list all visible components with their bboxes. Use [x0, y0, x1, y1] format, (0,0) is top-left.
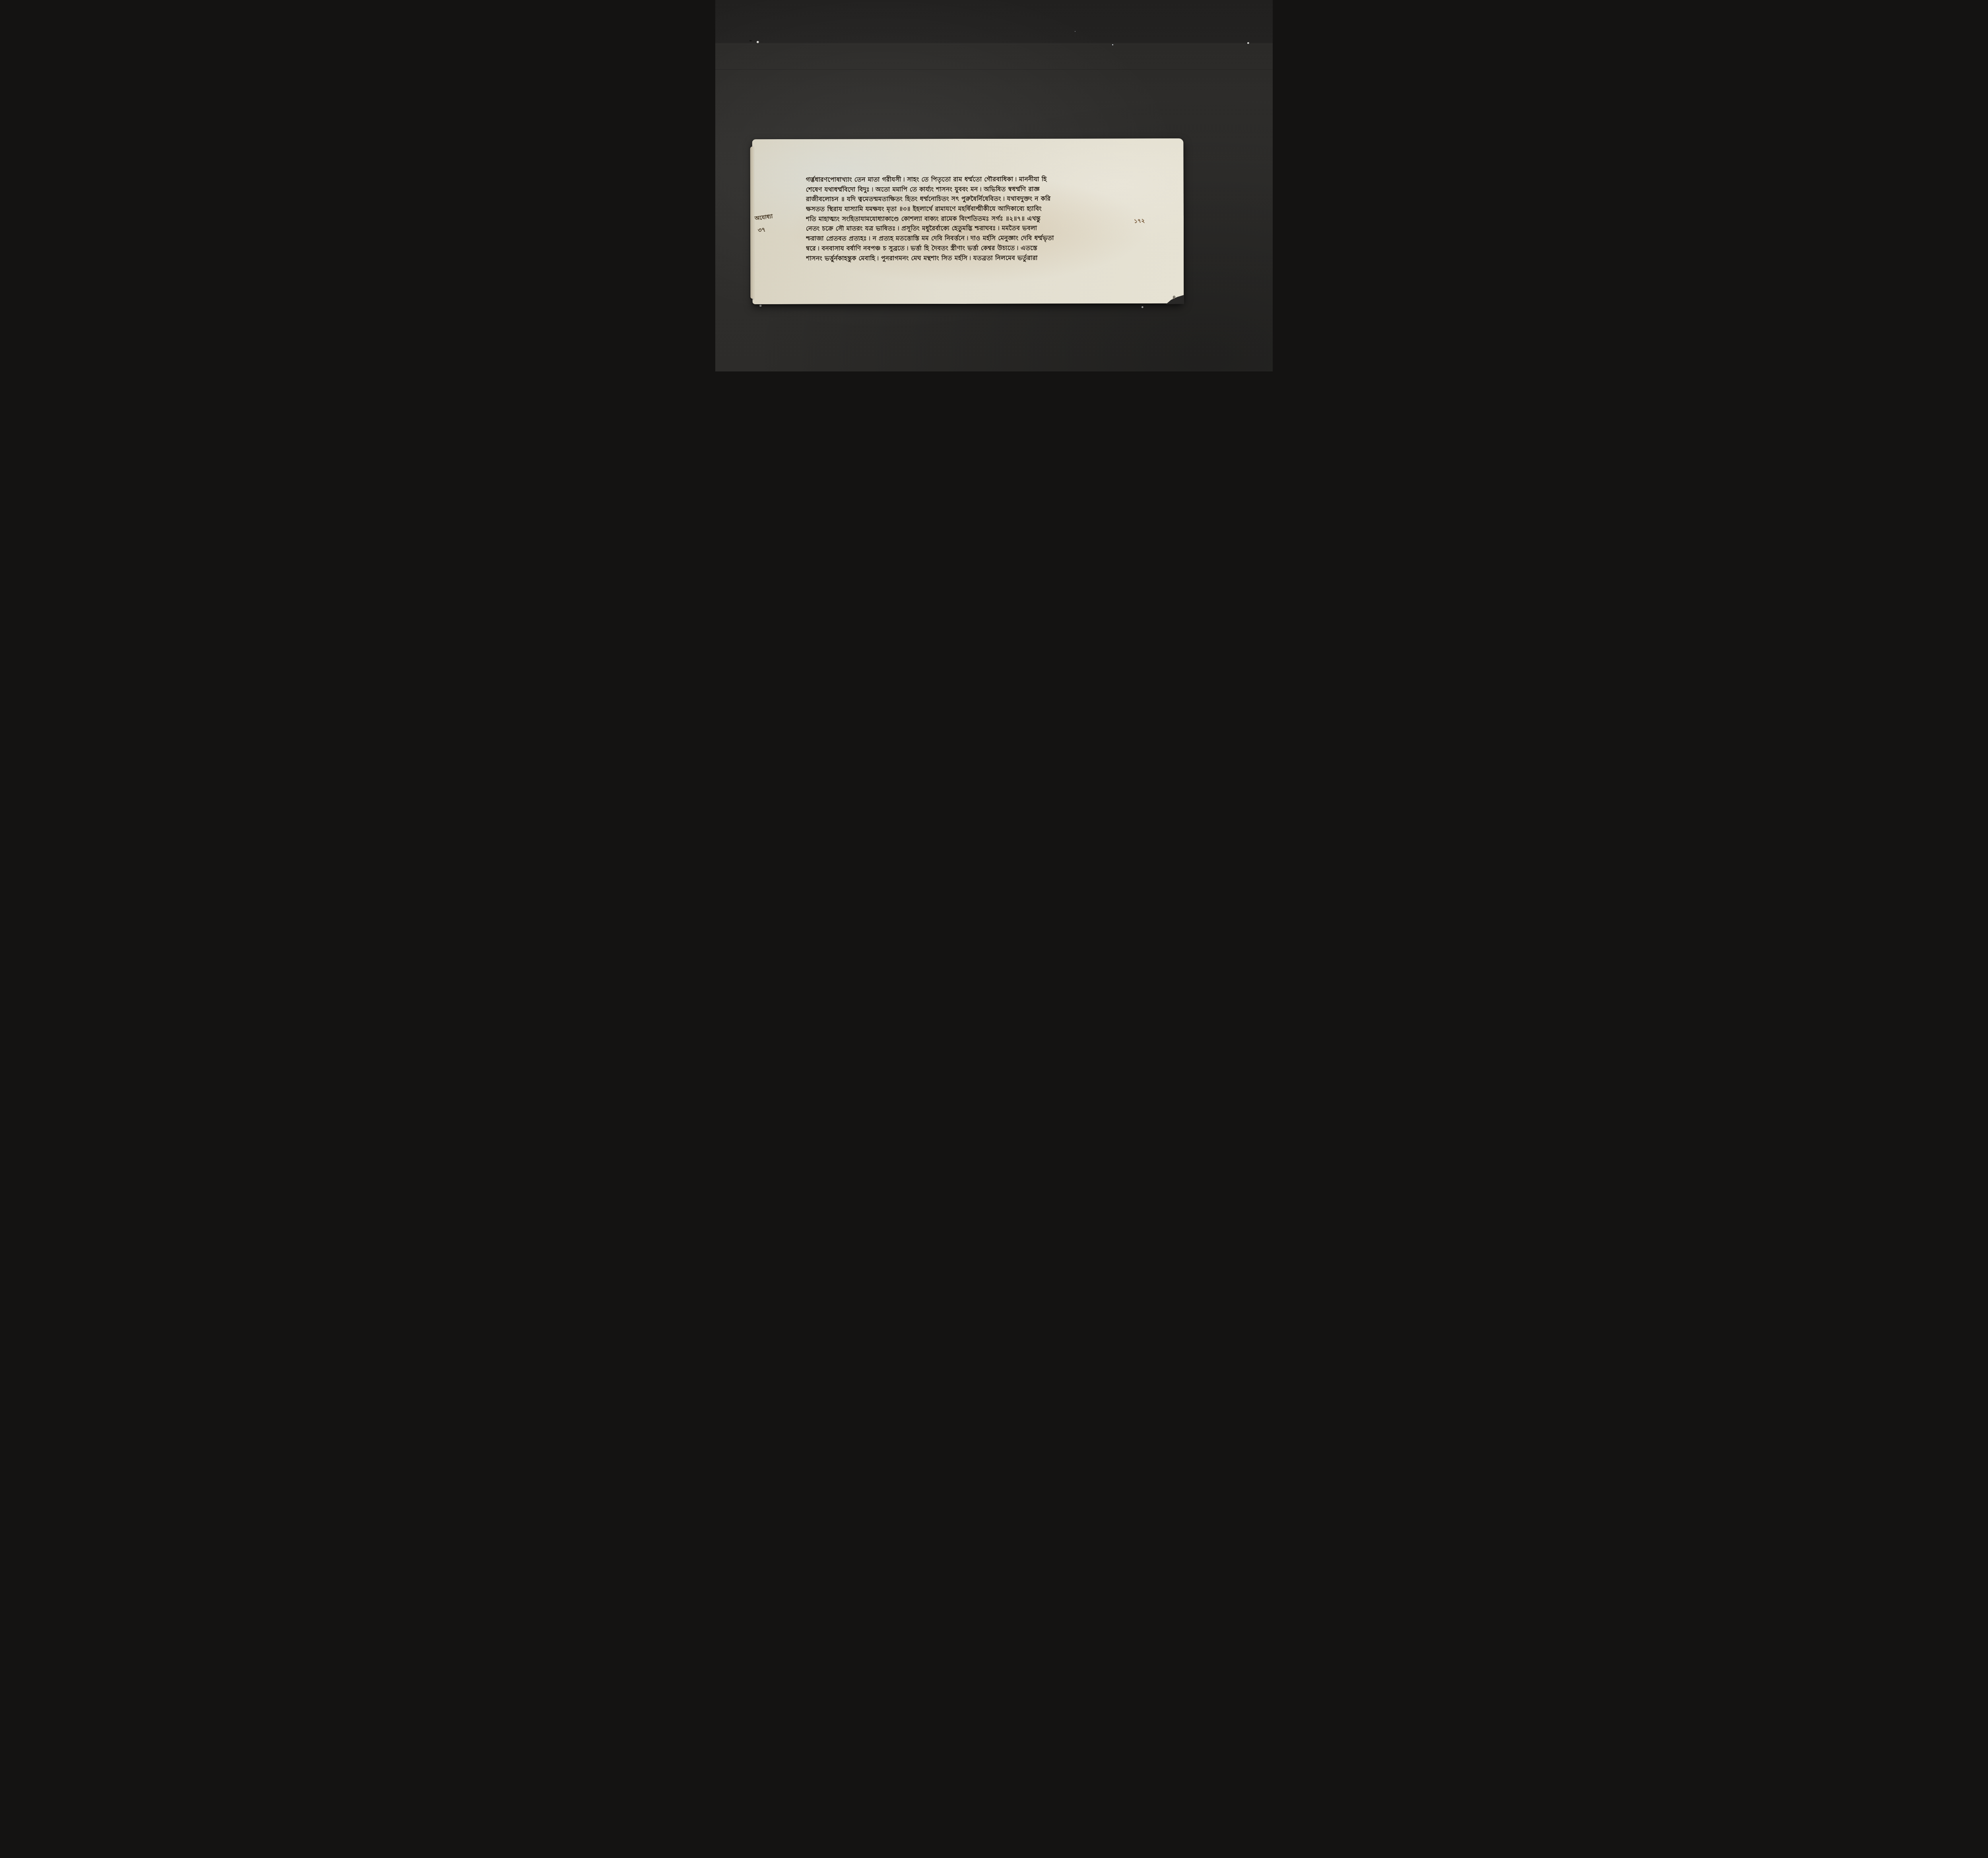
dark-mark [749, 40, 752, 41]
manuscript-leaf: গর্ব্ভধারণপোষাখ্যাং তেন মাতা গরীযসী ৷ সা… [752, 138, 1184, 304]
margin-folio-number: ১৭২ [1134, 216, 1145, 226]
pin-icon [759, 305, 762, 307]
text-line: নেতং চক্রে সৌ মাতরং যত্র ভাষিতঃ ৷ প্রসূত… [806, 224, 1126, 234]
pin-icon [1247, 42, 1249, 44]
manuscript-text-block: গর্ব্ভধারণপোষাখ্যাং তেন মাতা গরীযসী ৷ সা… [806, 174, 1126, 263]
text-line: শেষেণ যথাধর্ম্মবিদো বিদুঃ ৷ অতো মমাপি তে… [806, 184, 1126, 194]
text-line: ম্বরে ৷ বনবাসায বর্ষাণি নবপঞ্চ চ সুব্রতে… [806, 243, 1126, 253]
corner-number: ৪ [1172, 293, 1176, 303]
text-line: শতি মাহাত্ম্যং সংহিতাযামযোধ্যাকাণ্ডে কোশ… [806, 214, 1126, 224]
pin-icon [757, 41, 759, 43]
text-line: শ্চরাজা প্রেতবত প্রত্যহঃ ৷ ন প্রত্যহ মতত… [806, 233, 1126, 243]
backing-board-seam [715, 44, 1273, 44]
margin-leaf-number: ৩৭ [757, 225, 766, 236]
text-line: গর্ব্ভধারণপোষাখ্যাং তেন মাতা গরীযসী ৷ সা… [806, 174, 1126, 185]
dust-speck [1075, 31, 1076, 32]
text-line: রাজীবলোচন ॥ যদি ত্বমেতন্মমতাক্ষিতং হিতং … [806, 194, 1126, 204]
margin-kanda-title: অযোধ্যা [754, 212, 773, 223]
backing-board-seam [715, 69, 1273, 70]
photo-background: গর্ব্ভধারণপোষাখ্যাং তেন মাতা গরীযসী ৷ সা… [715, 0, 1273, 371]
text-line: ক্ষসতত স্থিরায যাস্যামি যমক্ষযং মৃতা ॥৩॥… [806, 204, 1126, 214]
dust-speck [1112, 44, 1113, 45]
text-line: শাসনং ভর্ত্তুর্নকাহন্তুক মেবাহি ৷ পুনরাগ… [806, 253, 1126, 263]
pin-icon [1142, 306, 1143, 308]
paper-left-fold-edge [750, 146, 754, 299]
